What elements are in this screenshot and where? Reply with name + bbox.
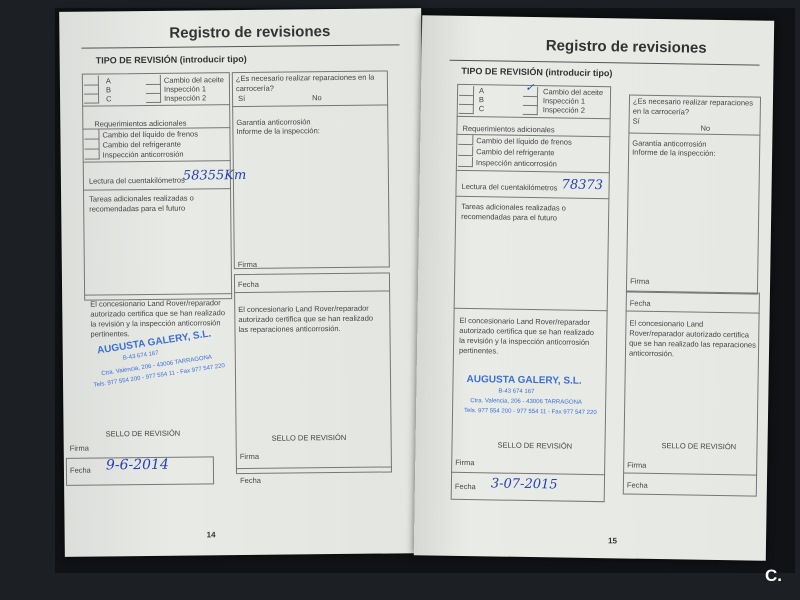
type-c: C — [479, 104, 485, 113]
additional-requirements-label: Requerimientos adicionales — [462, 124, 554, 134]
signature-label: Firma — [630, 277, 649, 286]
item-coolant: Cambio del refrigerante — [476, 147, 555, 157]
odometer-label: Lectura del cuentakilómetros — [89, 176, 185, 186]
additional-tasks-label: Tareas adicionales realizadas o recomend… — [89, 193, 224, 214]
page-number: 14 — [207, 530, 216, 539]
checkbox-inspection-2[interactable] — [523, 105, 538, 115]
type-b: B — [106, 85, 111, 94]
service-form-left — [451, 84, 612, 502]
dealer-stamp-id: B-43 674 167 — [123, 350, 160, 361]
service-form-right — [626, 95, 761, 295]
page-title: Registro de revisiones — [169, 23, 330, 42]
signature-label: Firma — [238, 260, 257, 269]
page-14: Registro de revisiones TIPO DE REVISIÓN … — [59, 8, 427, 557]
item-inspection-2: Inspección 2 — [164, 93, 206, 102]
checkbox-inspection-2[interactable] — [146, 93, 161, 103]
page-title: Registro de revisiones — [546, 37, 707, 57]
odometer-label: Lectura del cuentakilómetros — [462, 182, 558, 193]
title-rule — [82, 44, 400, 48]
dealer-repair-cert-text: El concesionario Land Rover/reparador au… — [238, 304, 384, 336]
type-a: A — [106, 76, 111, 85]
checkmark-icon: ✓ — [525, 81, 534, 94]
service-date: 3-07-2015 — [491, 476, 558, 492]
additional-tasks-label: Tareas adicionales realizadas o recomend… — [461, 202, 601, 224]
item-oil-change: Cambio del aceite — [164, 75, 224, 85]
checkbox-brake-fluid[interactable] — [458, 135, 473, 145]
yes-option[interactable]: Sí — [633, 117, 640, 126]
body-repair-question: ¿Es necesario realizar reparaciones en l… — [633, 97, 759, 119]
page-15: Registro de revisiones TIPO DE REVISIÓN … — [414, 15, 774, 560]
stamp-label: SELLO DE REVISIÓN — [661, 441, 736, 451]
item-brake-fluid: Cambio del líquido de frenos — [476, 136, 572, 146]
date-label: Fecha — [455, 482, 476, 491]
service-date: 9-6-2014 — [106, 457, 169, 474]
corner-logo: C. — [765, 566, 782, 586]
date-label: Fecha — [70, 466, 91, 475]
dealer-repair-cert-text: El concesionario Land Rover/reparador au… — [629, 319, 758, 361]
odometer-value: 78373 — [561, 177, 603, 193]
no-option[interactable]: No — [312, 93, 322, 102]
no-option[interactable]: No — [700, 124, 710, 133]
date-label: Fecha — [240, 476, 261, 485]
stamp-label: SELLO DE REVISIÓN — [497, 441, 572, 451]
item-anticorrosion: Inspección anticorrosión — [476, 158, 557, 168]
type-a: A — [479, 86, 484, 95]
date-label: Fecha — [627, 481, 648, 490]
item-coolant: Cambio del refrigerante — [103, 140, 181, 150]
checkbox-anticorrosion[interactable] — [458, 157, 473, 167]
dealer-certification-text: El concesionario Land Rover/reparador au… — [459, 316, 600, 358]
signature-label: Firma — [455, 458, 474, 467]
item-anticorrosion: Inspección anticorrosión — [103, 150, 184, 160]
page-number: 15 — [608, 536, 617, 545]
checkbox-coolant[interactable] — [84, 139, 99, 149]
checkbox-type-c[interactable] — [459, 104, 474, 114]
stamp-label: SELLO DE REVISIÓN — [272, 433, 347, 443]
signature-label: Firma — [627, 461, 646, 470]
checkbox-brake-fluid[interactable] — [84, 129, 99, 139]
service-type-heading: TIPO DE REVISIÓN (introducir tipo) — [96, 54, 247, 66]
checkbox-coolant[interactable] — [458, 146, 473, 156]
dealer-stamp-name: AUGUSTA GALERY, S.L. — [466, 374, 581, 387]
date-label: Fecha — [630, 299, 651, 308]
item-brake-fluid: Cambio del líquido de frenos — [102, 129, 198, 139]
type-b: B — [479, 95, 484, 104]
inspection-report-label: Informe de la inspección: — [632, 148, 716, 158]
type-c: C — [106, 94, 112, 103]
inspection-report-label: Informe de la inspección: — [236, 126, 319, 136]
item-inspection-2: Inspección 2 — [543, 105, 585, 115]
yes-option[interactable]: Sí — [238, 94, 245, 103]
date-label: Fecha — [238, 280, 259, 289]
checkbox-anticorrosion[interactable] — [85, 149, 100, 159]
service-form-right — [232, 70, 390, 269]
service-type-heading: TIPO DE REVISIÓN (introducir tipo) — [461, 66, 612, 78]
signature-label: Firma — [70, 444, 89, 453]
dealer-stamp-id: B-43 674 167 — [498, 389, 534, 396]
body-repair-question: ¿Es necesario realizar reparaciones en l… — [236, 73, 384, 95]
stamp-label: SELLO DE REVISIÓN — [106, 429, 181, 439]
checkbox-type-c[interactable] — [84, 93, 99, 103]
signature-label: Firma — [240, 452, 259, 461]
item-inspection-1: Inspección 1 — [164, 84, 206, 93]
title-rule — [450, 60, 760, 66]
